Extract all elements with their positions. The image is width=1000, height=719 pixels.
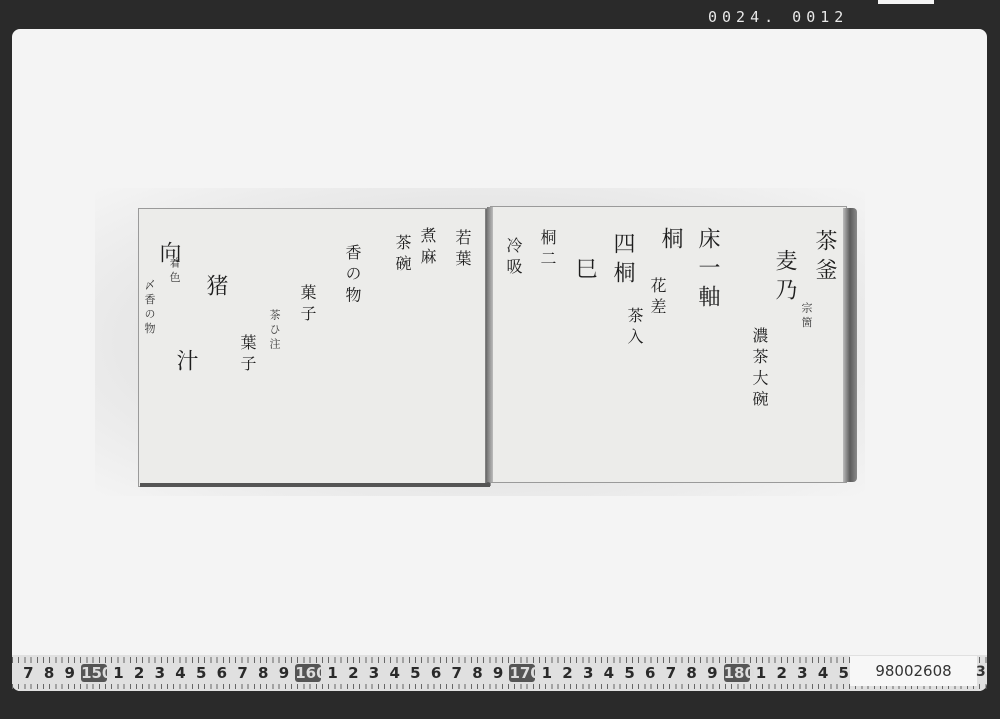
ruler-mark: 9 — [274, 664, 295, 682]
ruler-mark: 180 — [724, 664, 750, 682]
text-column: 〆 香 の 物 — [144, 279, 155, 334]
ruler-mark: 1 — [322, 664, 343, 682]
ruler-mark: 6 — [426, 664, 447, 682]
ruler-mark: 8 — [253, 664, 274, 682]
ruler-mark: 4 — [384, 664, 405, 682]
text-column: 濃 茶 大 碗 — [751, 327, 767, 406]
ruler-mark: 4 — [813, 664, 834, 682]
ruler-mark: 3 — [149, 664, 170, 682]
white-tab — [878, 0, 934, 4]
text-column: 着 色 — [169, 257, 180, 283]
text-column: 煮 麻 — [419, 227, 435, 264]
ruler-mark: 1 — [751, 664, 772, 682]
ruler-mark: 7 — [232, 664, 253, 682]
ruler-mark: 5 — [405, 664, 426, 682]
ruler-mark: 3 — [792, 664, 813, 682]
ruler-mark: 2 — [343, 664, 364, 682]
text-column: 汁 — [174, 349, 196, 371]
text-column: 冷 吸 — [505, 237, 521, 274]
ruler-mark: 3 — [578, 664, 599, 682]
text-column: 桐 — [659, 227, 681, 249]
ruler-numbers: 7891501234567891601234567891701234567891… — [18, 664, 875, 682]
ruler-mark: 1 — [536, 664, 557, 682]
text-column: 桐 二 — [539, 229, 555, 266]
ruler-mark: 7 — [446, 664, 467, 682]
text-column: 香 の 物 — [344, 244, 360, 302]
right-page: 冷 吸 桐 二 巳 四 桐 桐 床 一 軸 花 差 茶 入 濃 茶 大 碗 麦 … — [490, 206, 847, 483]
ruler-mark: 6 — [212, 664, 233, 682]
ruler-end-mark: 3 — [976, 664, 986, 680]
text-column: 茶 ひ 注 — [269, 309, 280, 349]
left-page: 〆 香 の 物 向 着 色 猪 汁 葉 子 菓 子 茶 ひ 注 香 の 物 茶 … — [138, 208, 488, 487]
text-column: 菓 子 — [299, 284, 315, 321]
ruler-mark: 7 — [661, 664, 682, 682]
ruler-mark: 170 — [509, 664, 535, 682]
ruler-mark: 2 — [771, 664, 792, 682]
text-column: 茶 釜 — [813, 229, 835, 280]
ruler-mark: 4 — [170, 664, 191, 682]
ruler-mark: 8 — [681, 664, 702, 682]
ruler-mark: 6 — [640, 664, 661, 682]
ruler-mark: 150 — [81, 664, 107, 682]
text-column: 床 一 軸 — [696, 227, 718, 307]
ruler-mark: 3 — [364, 664, 385, 682]
ruler-mark: 9 — [59, 664, 80, 682]
frame-number: 0024. 0012 — [708, 8, 848, 26]
ruler-mark: 8 — [467, 664, 488, 682]
text-column: 茶 碗 — [394, 234, 410, 271]
book-bottom-edge — [140, 483, 490, 487]
spine-fold — [487, 207, 493, 482]
text-column: 花 差 — [649, 277, 665, 314]
text-column: 四 桐 — [611, 232, 633, 283]
ruler-ticks — [12, 684, 987, 689]
ruler-mark: 4 — [599, 664, 620, 682]
ruler-mark: 5 — [619, 664, 640, 682]
text-column: 巳 — [573, 257, 595, 279]
text-column: 葉 子 — [239, 334, 255, 371]
ruler-mark: 1 — [108, 664, 129, 682]
ruler-mark: 9 — [488, 664, 509, 682]
ruler-mark: 7 — [18, 664, 39, 682]
text-column: 麦 乃 — [773, 249, 795, 300]
ruler-mark: 2 — [557, 664, 578, 682]
text-column: 若 葉 — [454, 229, 470, 266]
ruler-mark: 8 — [39, 664, 60, 682]
ruler-mark: 9 — [702, 664, 723, 682]
catalog-id-label: 98002608 — [850, 656, 977, 686]
ruler-mark: 2 — [129, 664, 150, 682]
ruler-mark: 160 — [295, 664, 321, 682]
text-column: 茶 入 — [626, 307, 642, 344]
book-page-edges — [843, 208, 857, 482]
measurement-ruler: 7891501234567891601234567891701234567891… — [12, 655, 987, 691]
text-column: 猪 — [204, 274, 226, 296]
ruler-ticks — [12, 657, 987, 663]
ruler-mark: 5 — [191, 664, 212, 682]
text-column: 宗 箇 — [801, 302, 812, 328]
